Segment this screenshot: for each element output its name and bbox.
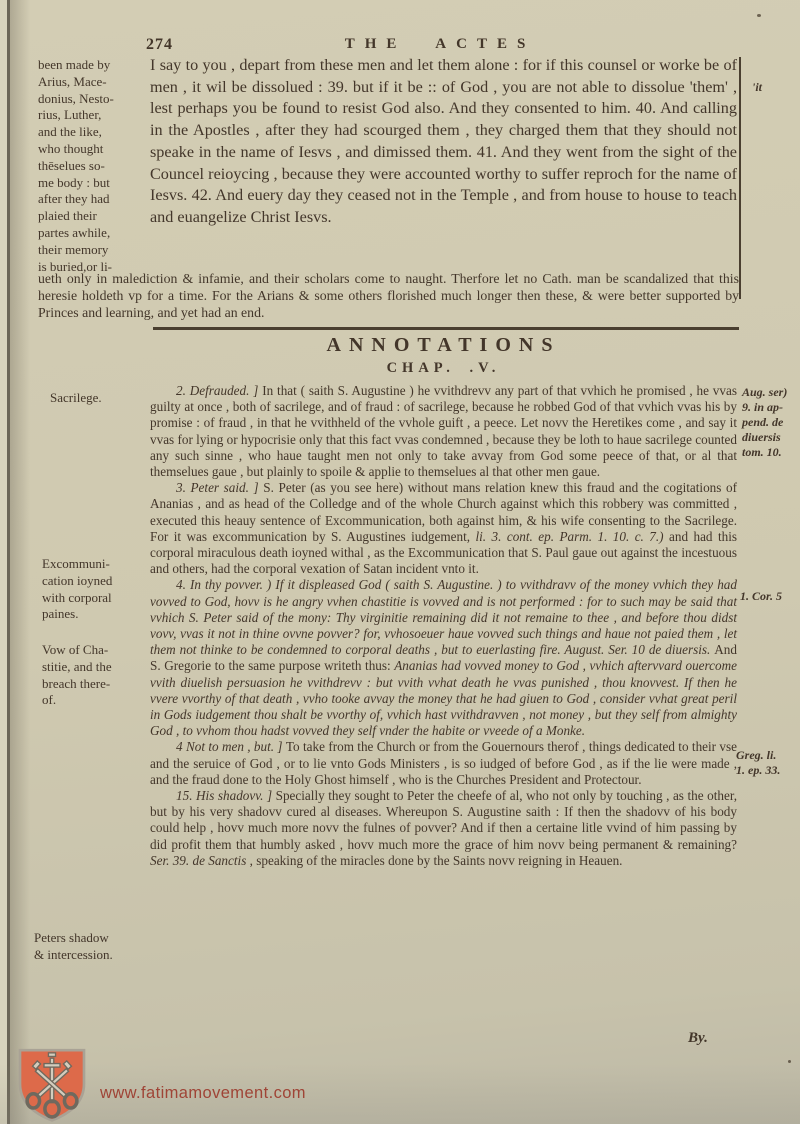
margin-note-excommunication: Excommuni- cation ioyned with corporal p… (42, 556, 154, 623)
chapter-heading: CHAP. .V. (150, 360, 737, 377)
verse-column-rule (739, 57, 741, 299)
margin-citation-corinthians: 1. Cor. 5 (740, 589, 798, 604)
verse-text: I say to you , depart from these men and… (150, 55, 737, 229)
margin-note-vow-of-chastity: Vow of Cha- stitie, and the breach there… (42, 642, 154, 709)
annotation-paragraph-4: 4 Not to men , but. ] To take from the C… (150, 739, 737, 788)
annotation-italic-segment: 2. Defrauded. ] (176, 383, 262, 398)
margin-note-sacrilege: Sacrilege. (50, 390, 160, 407)
page-edge-light (0, 0, 7, 1124)
margin-citation-augustine: Aug. ser) 9. in ap- pend. de diuersis to… (742, 385, 798, 460)
annotation-italic-segment: 15. His shadovv. ] (176, 788, 276, 803)
running-title: THE ACTES (280, 36, 600, 53)
page-edge-shadow (10, 0, 30, 1124)
watermark-url: www.fatimamovement.com (100, 1084, 306, 1103)
annotation-italic-segment: Ser. 39. de Sanctis (150, 853, 246, 868)
annotation-text-segment: , speaking of the miracles done by the S… (246, 853, 622, 868)
annotations-heading: ANNOTATIONS (150, 334, 737, 357)
scanned-page: 274 THE ACTES been made by Arius, Mace- … (0, 0, 800, 1124)
margin-note-peters-shadow: Peters shadow & intercession. (34, 930, 156, 964)
catchword: By. (688, 1030, 708, 1047)
ink-speck (788, 1060, 791, 1063)
annotation-paragraph-2: 3. Peter said. ] S. Peter (as you see he… (150, 480, 737, 577)
annotation-italic-segment: 3. Peter said. ] (176, 480, 263, 495)
margin-note-heretics: been made by Arius, Mace- donius, Nesto-… (38, 57, 158, 275)
annotation-italic-segment: 4. In thy povver. ) If it displeased God… (150, 577, 737, 657)
ink-speck (757, 14, 761, 17)
annotation-italic-segment: 4 Not to men , but. ] (176, 739, 286, 754)
section-divider-rule (153, 327, 739, 330)
annotations-list: 2. Defrauded. ] In that ( saith S. Augus… (150, 383, 737, 869)
commentary-continuation: ueth only in malediction & infamie, and … (38, 270, 739, 322)
annotation-paragraph-3: 4. In thy povver. ) If it displeased God… (150, 577, 737, 739)
page-number: 274 (146, 36, 173, 54)
annotation-paragraph-1: 2. Defrauded. ] In that ( saith S. Augus… (150, 383, 737, 480)
margin-note-it: 'it (752, 80, 792, 95)
annotation-paragraph-5: 15. His shadovv. ] Specially they sought… (150, 788, 737, 869)
margin-citation-gregory: Greg. li. 1. ep. 33. (736, 748, 798, 778)
crossed-keys-shield-logo (10, 1044, 94, 1124)
annotation-italic-segment: li. 3. cont. ep. Parm. 1. 10. c. 7.) (475, 529, 663, 544)
